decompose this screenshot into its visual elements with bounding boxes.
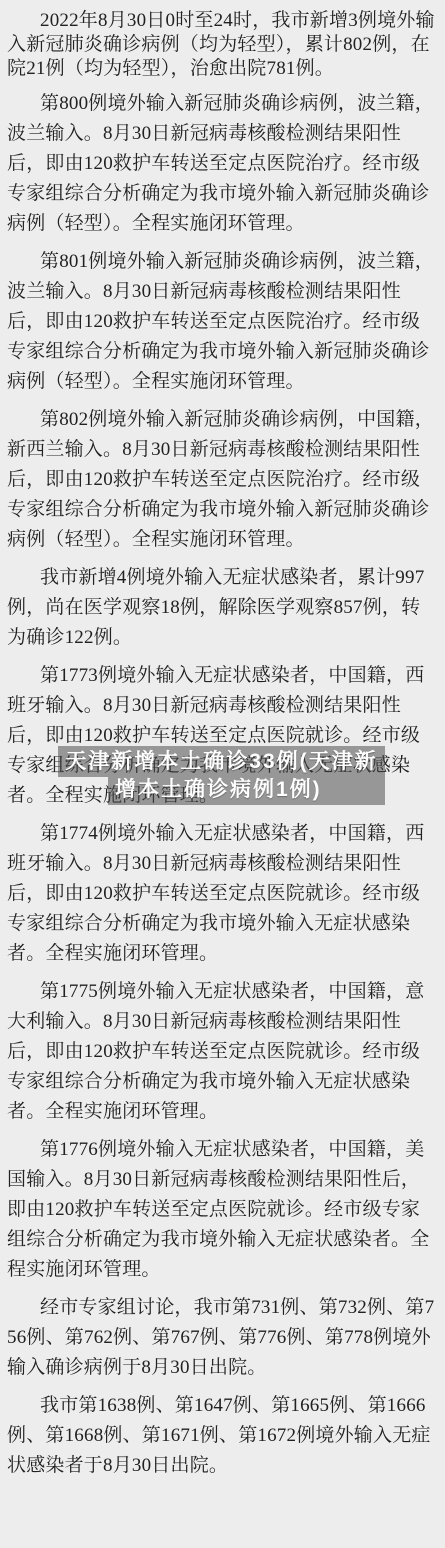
article-paragraph: 第800例境外输入新冠肺炎确诊病例，波兰籍，波兰输入。8月30日新冠病毒核酸检测… — [7, 89, 437, 239]
article-paragraph: 经市专家组讨论，我市第731例、第732例、第756例、第762例、第767例、… — [7, 1293, 437, 1383]
article-body: 2022年8月30日0时至24时，我市新增3例境外输入新冠肺炎确诊病例（均为轻型… — [0, 0, 445, 1481]
article-paragraph: 第1776例境外输入无症状感染者，中国籍，美国输入。8月30日新冠病毒核酸检测结… — [7, 1135, 437, 1285]
article-page: 2022年8月30日0时至24时，我市新增3例境外输入新冠肺炎确诊病例（均为轻型… — [0, 0, 445, 1548]
article-paragraph: 第801例境外输入新冠肺炎确诊病例，波兰籍，波兰输入。8月30日新冠病毒核酸检测… — [7, 247, 437, 397]
article-paragraph: 第1775例境外输入无症状感染者，中国籍，意大利输入。8月30日新冠病毒核酸检测… — [7, 977, 437, 1127]
article-paragraph: 第1774例境外输入无症状感染者，中国籍，西班牙输入。8月30日新冠病毒核酸检测… — [7, 819, 437, 969]
article-paragraph: 第802例境外输入新冠肺炎确诊病例，中国籍，新西兰输入。8月30日新冠病毒核酸检… — [7, 405, 437, 555]
article-paragraph: 第1773例境外输入无症状感染者，中国籍，西班牙输入。8月30日新冠病毒核酸检测… — [7, 661, 437, 811]
article-paragraph: 我市第1638例、第1647例、第1665例、第1666例、第1668例、第16… — [7, 1391, 437, 1481]
article-paragraph: 我市新增4例境外输入无症状感染者，累计997例，尚在医学观察18例，解除医学观察… — [7, 563, 437, 653]
article-paragraph: 2022年8月30日0时至24时，我市新增3例境外输入新冠肺炎确诊病例（均为轻型… — [7, 9, 437, 81]
